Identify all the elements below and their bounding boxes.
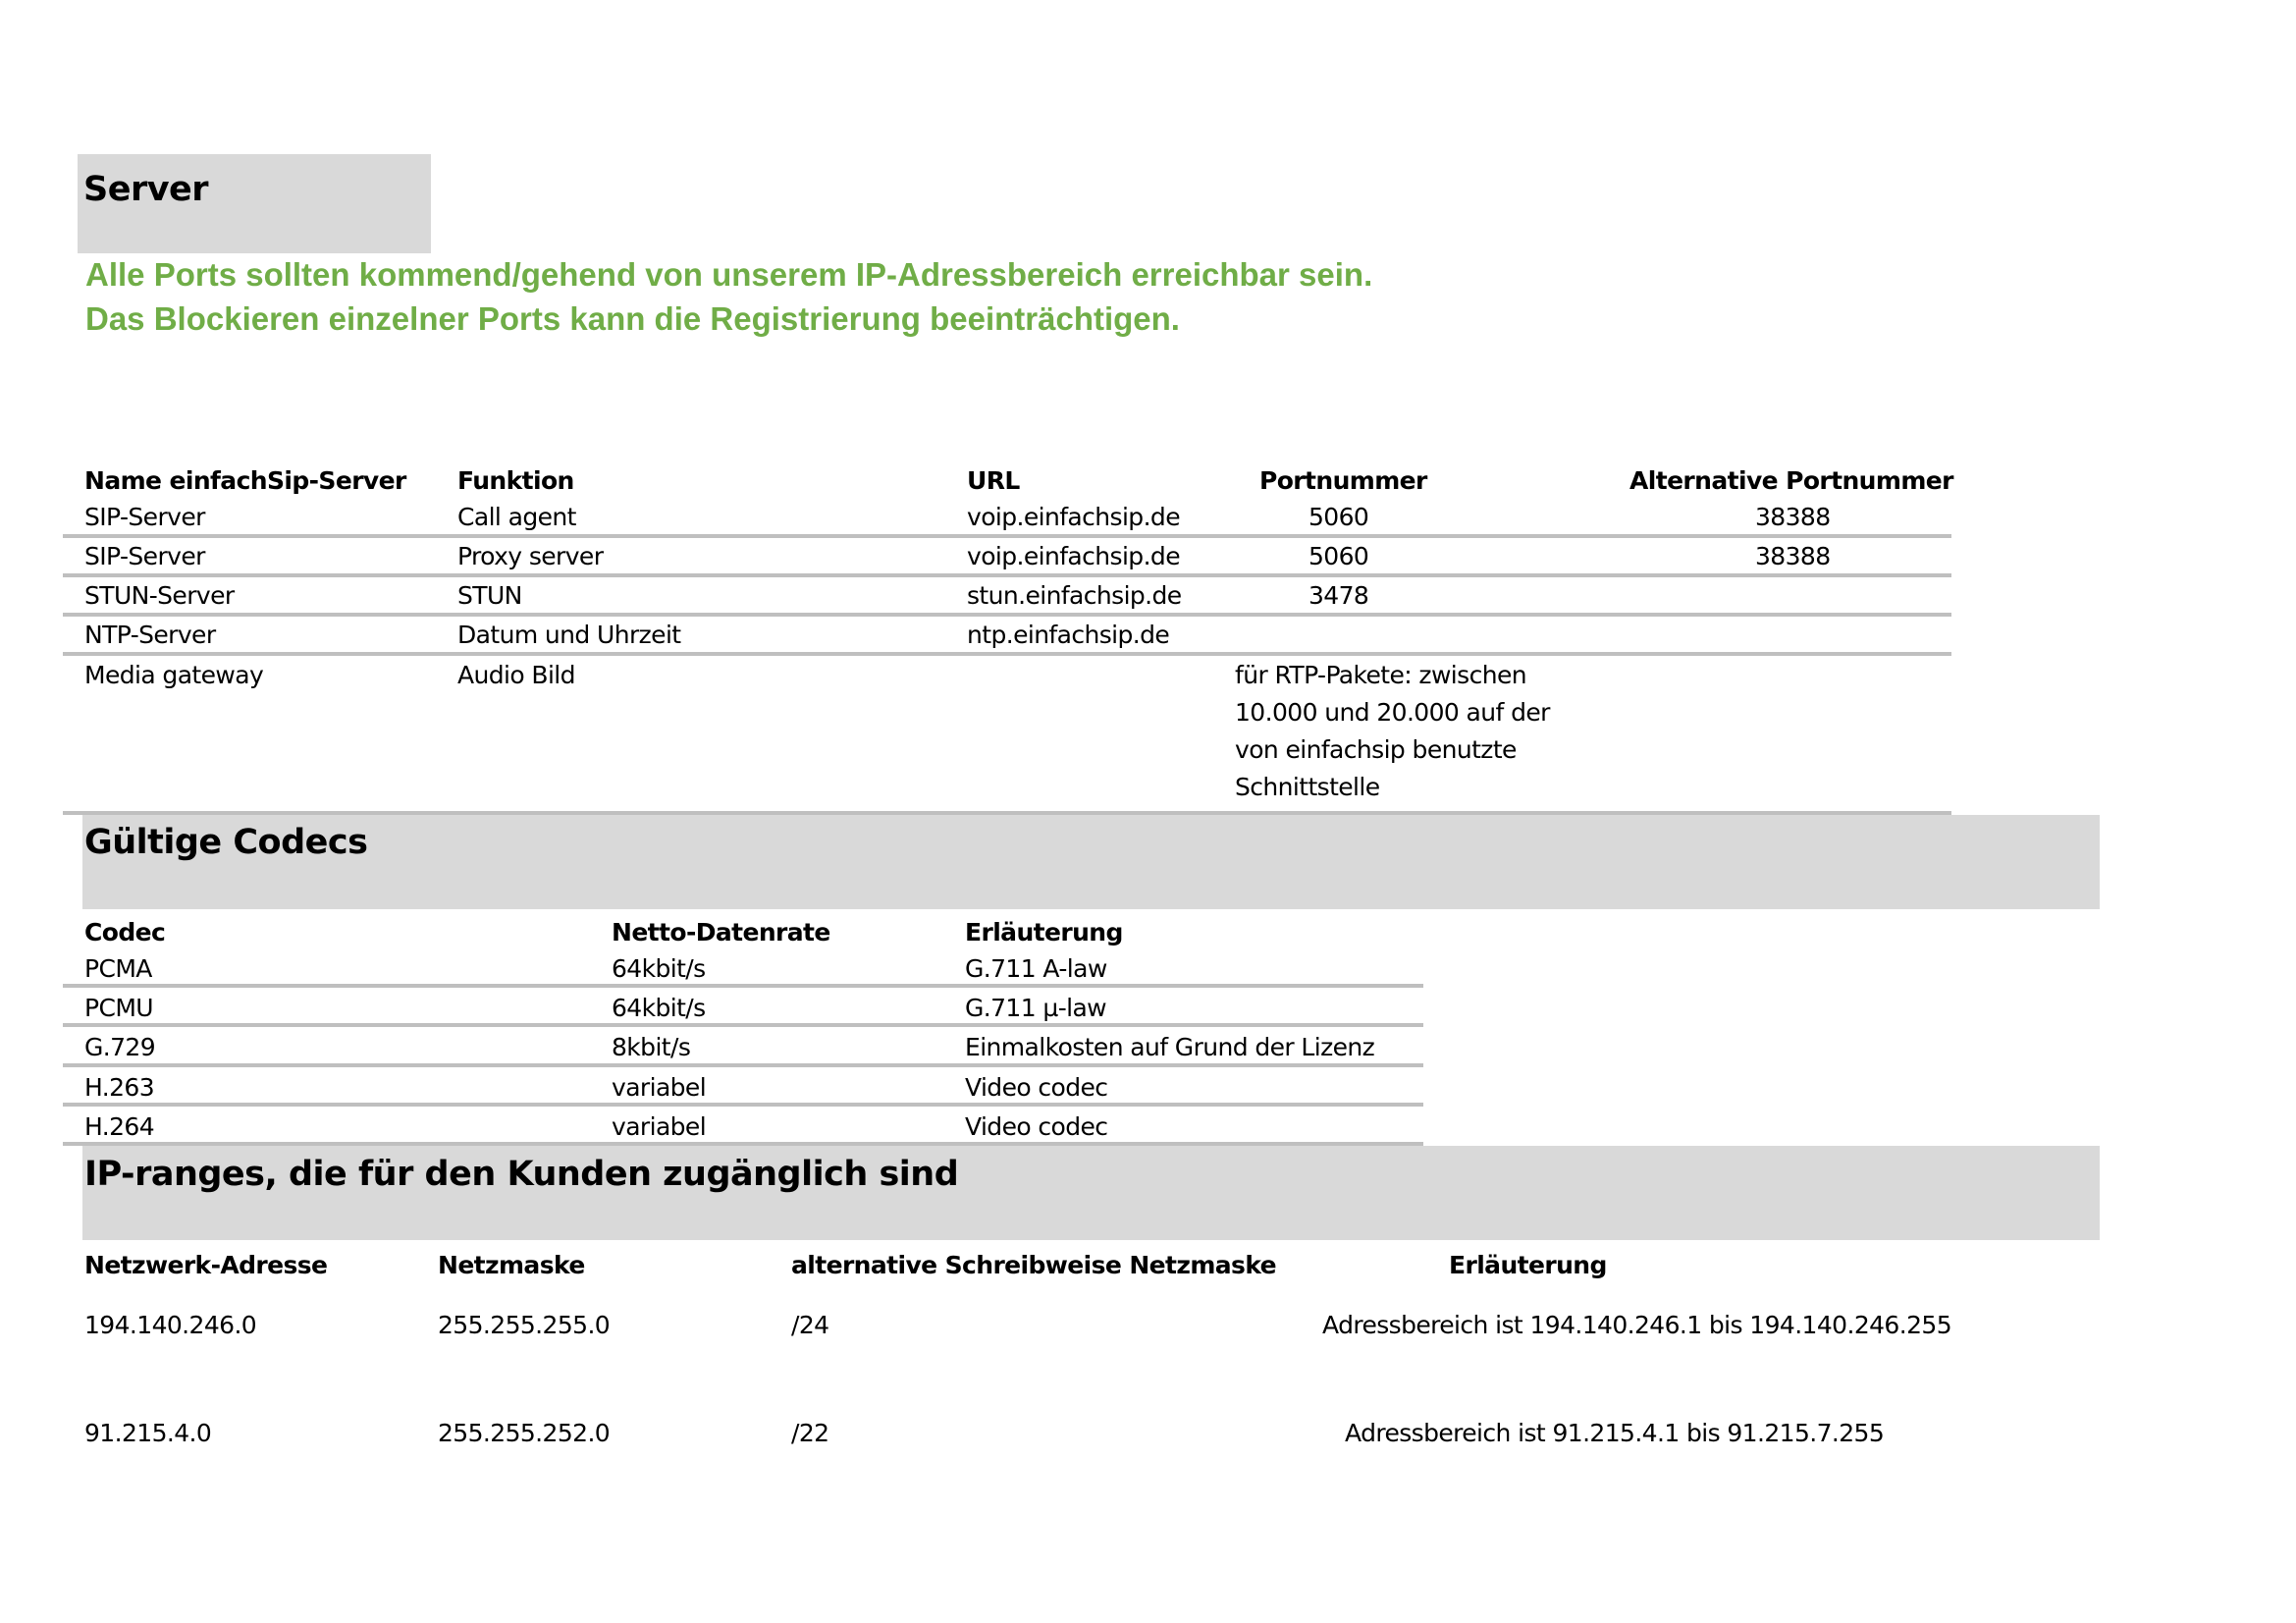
row-divider	[63, 613, 1951, 617]
codec-explanation-cell: G.711 µ-law	[965, 994, 1106, 1022]
server-function-cell: Call agent	[457, 503, 576, 531]
row-divider	[63, 652, 1951, 656]
ip-cidr-cell: /24	[791, 1311, 828, 1339]
media-gateway-note-line-3: von einfachsip benutzte	[1235, 735, 1517, 764]
ip-explanation-cell: Adressbereich ist 194.140.246.1 bis 194.…	[1322, 1311, 1951, 1339]
server-url-cell: stun.einfachsip.de	[967, 581, 1182, 610]
codec-name-cell: PCMA	[84, 954, 152, 983]
codec-explanation-cell: Einmalkosten auf Grund der Lizenz	[965, 1033, 1374, 1061]
row-divider	[63, 1103, 1423, 1107]
codec-table-header-rate: Netto-Datenrate	[612, 918, 830, 947]
server-notice-line-1: Alle Ports sollten kommend/gehend von un…	[85, 256, 1372, 294]
server-table-header-funktion: Funktion	[457, 466, 574, 495]
ip-netmask-cell: 255.255.252.0	[438, 1419, 610, 1447]
ip-network-cell: 194.140.246.0	[84, 1311, 256, 1339]
ip-table-header-explanation: Erläuterung	[1449, 1251, 1607, 1279]
row-divider	[63, 534, 1951, 538]
ip-cidr-cell: /22	[791, 1419, 828, 1447]
codec-table-header-codec: Codec	[84, 918, 165, 947]
server-port-cell: 5060	[1308, 503, 1368, 531]
server-name-cell: SIP-Server	[84, 503, 205, 531]
server-table-header-name: Name einfachSip-Server	[84, 466, 406, 495]
codec-name-cell: G.729	[84, 1033, 155, 1061]
server-alt-port-cell: 38388	[1755, 503, 1831, 531]
ip-table-header-cidr: alternative Schreibweise Netzmaske	[791, 1251, 1276, 1279]
row-divider	[63, 1023, 1423, 1027]
codec-rate-cell: variabel	[612, 1112, 706, 1141]
row-divider	[63, 984, 1423, 988]
ip-netmask-cell: 255.255.255.0	[438, 1311, 610, 1339]
server-notice-line-2: Das Blockieren einzelner Ports kann die …	[85, 300, 1180, 338]
ip-network-cell: 91.215.4.0	[84, 1419, 211, 1447]
ip-table-header-network: Netzwerk-Adresse	[84, 1251, 327, 1279]
codec-section-header	[82, 815, 2100, 909]
server-function-cell: Datum und Uhrzeit	[457, 621, 681, 649]
codec-rate-cell: 64kbit/s	[612, 954, 706, 983]
media-gateway-note-line-4: Schnittstelle	[1235, 773, 1380, 801]
codec-explanation-cell: G.711 A-law	[965, 954, 1107, 983]
media-gateway-note-line-2: 10.000 und 20.000 auf der	[1235, 698, 1550, 727]
row-divider	[63, 1063, 1423, 1067]
codec-name-cell: H.263	[84, 1073, 154, 1102]
server-table-header-alt-port: Alternative Portnummer	[1629, 466, 1953, 495]
server-url-cell: voip.einfachsip.de	[967, 542, 1180, 570]
server-port-cell: 3478	[1308, 581, 1368, 610]
codec-explanation-cell: Video codec	[965, 1112, 1107, 1141]
codec-name-cell: H.264	[84, 1112, 154, 1141]
ip-explanation-cell: Adressbereich ist 91.215.4.1 bis 91.215.…	[1345, 1419, 1884, 1447]
server-function-cell: STUN	[457, 581, 522, 610]
server-name-cell: Media gateway	[84, 661, 263, 689]
server-function-cell: Audio Bild	[457, 661, 575, 689]
codec-explanation-cell: Video codec	[965, 1073, 1107, 1102]
server-table-header-url: URL	[967, 466, 1020, 495]
codec-rate-cell: 8kbit/s	[612, 1033, 690, 1061]
media-gateway-note-line-1: für RTP-Pakete: zwischen	[1235, 661, 1526, 689]
codec-rate-cell: variabel	[612, 1073, 706, 1102]
ip-section-title: IP-ranges, die für den Kunden zugänglich…	[84, 1155, 958, 1194]
server-url-cell: ntp.einfachsip.de	[967, 621, 1169, 649]
row-divider	[63, 573, 1951, 577]
server-name-cell: STUN-Server	[84, 581, 235, 610]
codec-name-cell: PCMU	[84, 994, 153, 1022]
codec-rate-cell: 64kbit/s	[612, 994, 706, 1022]
server-port-cell: 5060	[1308, 542, 1368, 570]
server-name-cell: NTP-Server	[84, 621, 216, 649]
server-name-cell: SIP-Server	[84, 542, 205, 570]
server-table-header-port: Portnummer	[1259, 466, 1427, 495]
server-url-cell: voip.einfachsip.de	[967, 503, 1180, 531]
codec-table-header-explanation: Erläuterung	[965, 918, 1123, 947]
codec-section-title: Gültige Codecs	[84, 823, 367, 862]
server-function-cell: Proxy server	[457, 542, 603, 570]
server-section-title: Server	[83, 170, 208, 209]
ip-table-header-netmask: Netzmaske	[438, 1251, 585, 1279]
server-alt-port-cell: 38388	[1755, 542, 1831, 570]
